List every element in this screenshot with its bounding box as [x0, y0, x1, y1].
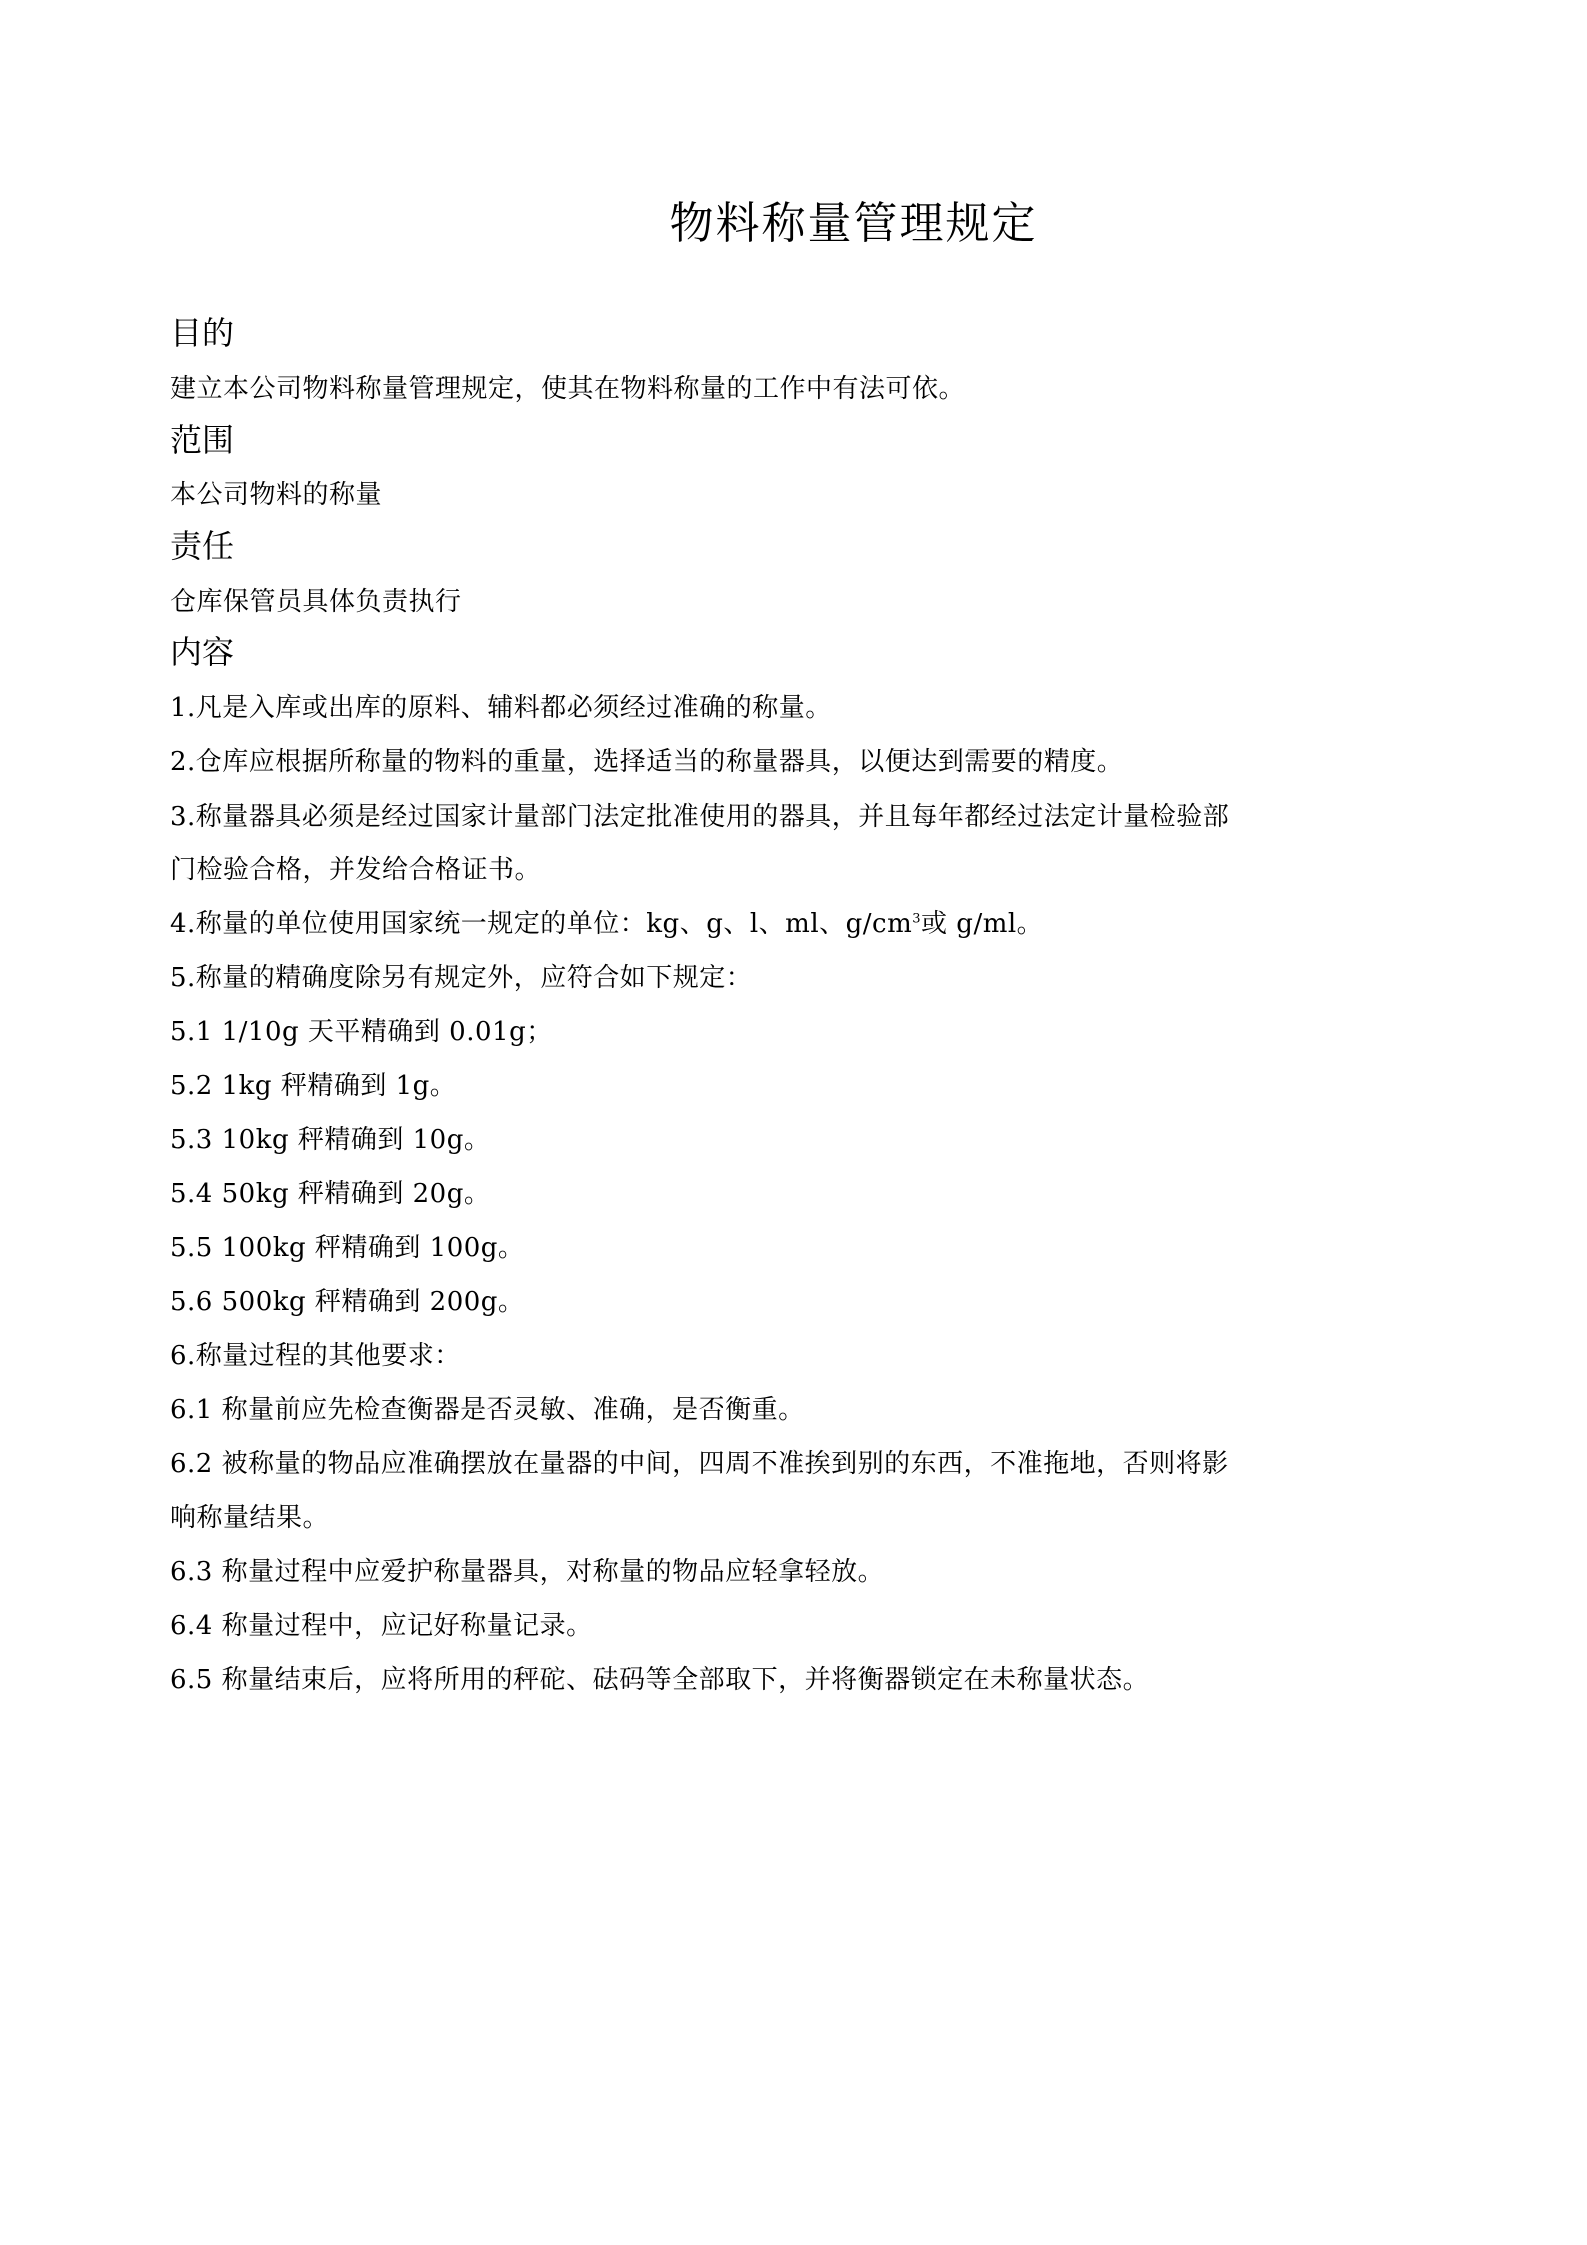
content-item-5-6: 5.6 500kg 秤精确到 200g。 — [170, 1285, 524, 1319]
scope-text: 本公司物料的称量 — [170, 478, 382, 512]
content-item-2: 2.仓库应根据所称量的物料的重量，选择适当的称量器具，以便达到需要的精度。 — [170, 745, 1123, 779]
item-4-text-end: 或 g/ml。 — [921, 909, 1043, 939]
superscript-3: 3 — [912, 911, 921, 926]
item-4-text: 4.称量的单位使用国家统一规定的单位：kg、g、l、ml、g/cm — [170, 909, 912, 939]
content-item-3-line2: 门检验合格，并发给合格证书。 — [170, 853, 541, 887]
content-item-6-1: 6.1 称量前应先检查衡器是否灵敏、准确，是否衡重。 — [170, 1393, 805, 1427]
content-item-4: 4.称量的单位使用国家统一规定的单位：kg、g、l、ml、g/cm3或 g/ml… — [170, 907, 1043, 941]
content-item-5-3: 5.3 10kg 秤精确到 10g。 — [170, 1123, 490, 1157]
responsibility-text: 仓库保管员具体负责执行 — [170, 585, 462, 619]
document-page: 物料称量管理规定 目的 建立本公司物料称量管理规定，使其在物料称量的工作中有法可… — [0, 0, 1587, 2245]
content-item-6-2-line1: 6.2 被称量的物品应准确摆放在量器的中间，四周不准挨到别的东西，不准拖地，否则… — [170, 1447, 1229, 1481]
content-item-5-5: 5.5 100kg 秤精确到 100g。 — [170, 1231, 524, 1265]
content-item-1: 1.凡是入库或出库的原料、辅料都必须经过准确的称量。 — [170, 691, 832, 725]
heading-content: 内容 — [170, 632, 234, 672]
document-title: 物料称量管理规定 — [0, 196, 1587, 252]
content-item-6-5: 6.5 称量结束后，应将所用的秤砣、砝码等全部取下，并将衡器锁定在未称量状态。 — [170, 1663, 1149, 1697]
content-item-5-1: 5.1 1/10g 天平精确到 0.01g； — [170, 1015, 553, 1049]
heading-purpose: 目的 — [170, 313, 234, 353]
content-item-5: 5.称量的精确度除另有规定外，应符合如下规定： — [170, 961, 752, 995]
content-item-6-4: 6.4 称量过程中，应记好称量记录。 — [170, 1609, 593, 1643]
content-item-6-2-line2: 响称量结果。 — [170, 1501, 329, 1535]
content-item-6-3: 6.3 称量过程中应爱护称量器具，对称量的物品应轻拿轻放。 — [170, 1555, 884, 1589]
content-item-6: 6.称量过程的其他要求： — [170, 1339, 461, 1373]
content-item-5-4: 5.4 50kg 秤精确到 20g。 — [170, 1177, 490, 1211]
content-item-3-line1: 3.称量器具必须是经过国家计量部门法定批准使用的器具，并且每年都经过法定计量检验… — [170, 800, 1229, 834]
content-item-5-2: 5.2 1kg 秤精确到 1g。 — [170, 1069, 456, 1103]
heading-scope: 范围 — [170, 420, 234, 460]
purpose-text: 建立本公司物料称量管理规定，使其在物料称量的工作中有法可依。 — [170, 372, 965, 406]
heading-responsibility: 责任 — [170, 526, 234, 566]
